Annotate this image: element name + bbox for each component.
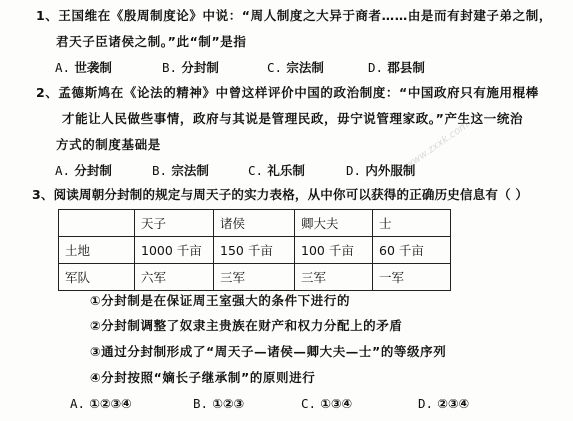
option-a[interactable]: A. 世袭制 xyxy=(55,60,112,76)
option-c[interactable]: C. 礼乐制 xyxy=(248,163,305,179)
exam-page: 1、王国维在《殷周制度论》中说：“周人制度之大异于商者……由是而有封建子弟之制，… xyxy=(0,0,573,421)
table-cell: 三军 xyxy=(295,264,373,291)
table-header-cell: 诸侯 xyxy=(214,210,295,237)
question-2-line-3: 方式的制度基础是 xyxy=(56,137,161,153)
table-header-row: 天子 诸侯 卿大夫 士 xyxy=(59,210,451,237)
table-cell: 一军 xyxy=(373,264,451,291)
option-b[interactable]: B. ①②③ xyxy=(193,396,244,412)
statement-2: ②分封制调整了奴隶主贵族在财产和权力分配上的矛盾 xyxy=(90,318,402,334)
statement-4: ④分封按照“嫡长子继承制”的原则进行 xyxy=(90,370,315,386)
question-3-line-1: 3、阅读周朝分封制的规定与周天子的实力表格，从中你可以获得的正确历史信息有（ ） xyxy=(32,187,528,203)
table-header-cell: 卿大夫 xyxy=(295,210,373,237)
table-header-cell: 士 xyxy=(373,210,451,237)
question-2-line-2: 才能让人民做些事情，政府与其说是管理民政，毋宁说管理家政。”产生这一统治 xyxy=(62,111,523,127)
question-number: 3、 xyxy=(32,187,54,202)
watermark: www.zxxk.com xyxy=(404,120,471,172)
option-d[interactable]: D. 郡县制 xyxy=(368,60,425,76)
table-cell: 六军 xyxy=(135,264,214,291)
question-1-line-2: 君天子臣诸侯之制。”此“制”是指 xyxy=(56,34,247,50)
table-header-cell xyxy=(59,210,135,237)
table-row: 土地 1000 千亩 150 千亩 100 千亩 60 千亩 xyxy=(59,237,451,264)
question-number: 1、 xyxy=(36,8,58,23)
statement-3: ③通过分封制形成了“周天子—诸侯—卿大夫—士”的等级序列 xyxy=(90,344,446,360)
table-cell: 1000 千亩 xyxy=(135,237,214,264)
table-cell: 土地 xyxy=(59,237,135,264)
option-b[interactable]: B. 分封制 xyxy=(162,60,219,76)
option-c[interactable]: C. 宗法制 xyxy=(267,60,324,76)
option-a[interactable]: A. 分封制 xyxy=(55,163,112,179)
statement-1: ①分封制是在保证周王室强大的条件下进行的 xyxy=(90,293,350,309)
question-1-line-1: 1、王国维在《殷周制度论》中说：“周人制度之大异于商者……由是而有封建子弟之制， xyxy=(36,8,552,24)
option-b[interactable]: B. 宗法制 xyxy=(152,163,209,179)
table-cell: 100 千亩 xyxy=(295,237,373,264)
table-cell: 三军 xyxy=(214,264,295,291)
question-2-line-1: 2、孟德斯鸠在《论法的精神》中曾这样评价中国的政治制度：“中国政府只有施用棍棒 xyxy=(36,85,539,101)
question-number: 2、 xyxy=(36,85,58,100)
option-c[interactable]: C. ①③④ xyxy=(301,396,352,412)
table-row: 军队 六军 三军 三军 一军 xyxy=(59,264,451,291)
option-a[interactable]: A. ①②③④ xyxy=(70,396,132,412)
table-cell: 60 千亩 xyxy=(373,237,451,264)
option-d[interactable]: D. ②③④ xyxy=(418,396,469,412)
table-cell: 150 千亩 xyxy=(214,237,295,264)
table-cell: 军队 xyxy=(59,264,135,291)
table-header-cell: 天子 xyxy=(135,210,214,237)
feudal-system-table: 天子 诸侯 卿大夫 士 土地 1000 千亩 150 千亩 100 千亩 60 … xyxy=(58,209,451,291)
